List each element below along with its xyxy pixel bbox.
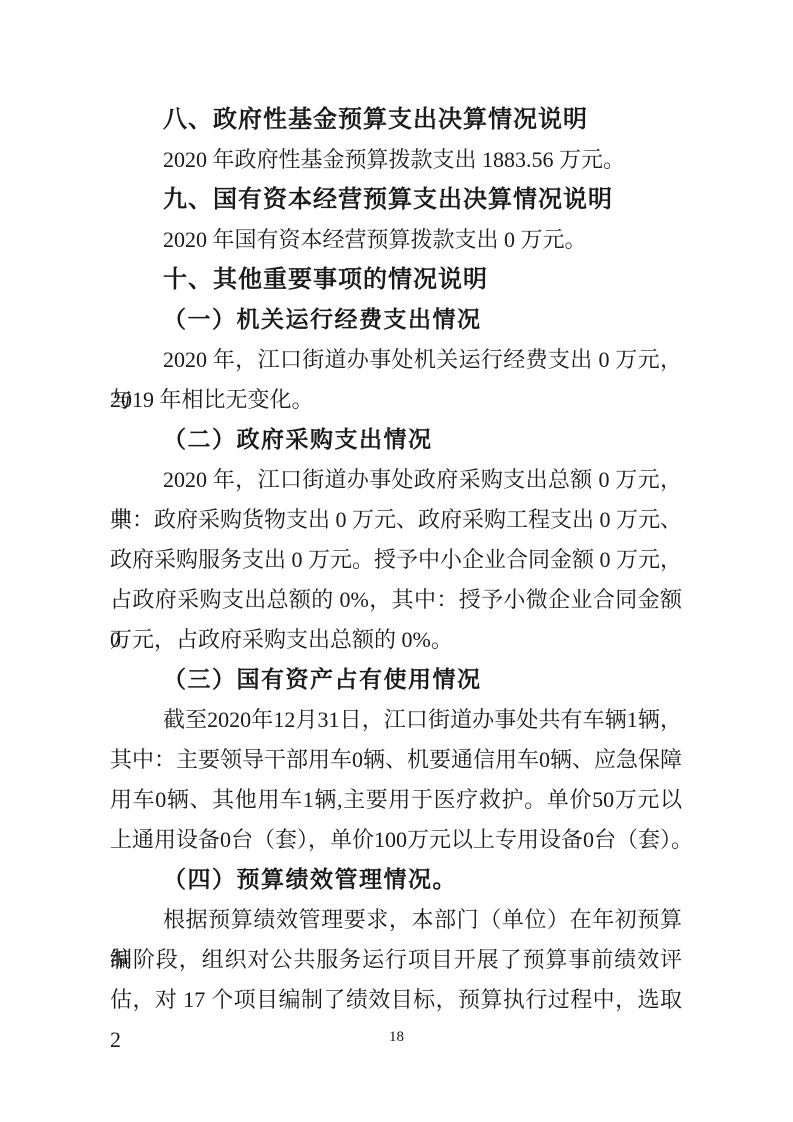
subsection-heading-1: （一）机关运行经费支出情况 — [110, 300, 682, 340]
paragraph-line: 万元，占政府采购支出总额的 0%。 — [110, 620, 682, 660]
section-heading-10: 十、其他重要事项的情况说明 — [110, 260, 682, 300]
paragraph-line: 用车0辆、其他用车1辆,主要用于医疗救护。单价50万元以 — [110, 780, 682, 820]
paragraph-line: 中：政府采购货物支出 0 万元、政府采购工程支出 0 万元、 — [110, 500, 682, 540]
section-heading-8: 八、政府性基金预算支出决算情况说明 — [110, 100, 682, 140]
subsection-heading-4: （四）预算绩效管理情况。 — [110, 860, 682, 900]
paragraph-line: 2020 年，江口街道办事处机关运行经费支出 0 万元，与 — [110, 340, 682, 380]
paragraph-line: 政府采购服务支出 0 万元。授予中小企业合同金额 0 万元， — [110, 540, 682, 580]
subsection-heading-2: （二）政府采购支出情况 — [110, 420, 682, 460]
paragraph-line: 截至2020年12月31日，江口街道办事处共有车辆1辆， — [110, 700, 682, 740]
paragraph-line: 2020 年，江口街道办事处政府采购支出总额 0 万元，其 — [110, 460, 682, 500]
document-body: 八、政府性基金预算支出决算情况说明 2020 年政府性基金预算拨款支出 1883… — [110, 100, 682, 1020]
paragraph-line: 估，对 17 个项目编制了绩效目标，预算执行过程中，选取 2 — [110, 980, 682, 1020]
paragraph-line: 2019 年相比无变化。 — [110, 380, 682, 420]
document-page: 八、政府性基金预算支出决算情况说明 2020 年政府性基金预算拨款支出 1883… — [0, 0, 793, 1122]
paragraph-line: 根据预算绩效管理要求，本部门（单位）在年初预算编 — [110, 900, 682, 940]
paragraph-line: 制阶段，组织对公共服务运行项目开展了预算事前绩效评 — [110, 940, 682, 980]
paragraph-line: 上通用设备0台（套），单价100万元以上专用设备0台（套）。 — [110, 820, 682, 860]
page-number: 18 — [0, 1022, 793, 1052]
paragraph-line: 2020 年国有资本经营预算拨款支出 0 万元。 — [110, 220, 682, 260]
paragraph-line: 占政府采购支出总额的 0%，其中：授予小微企业合同金额 0 — [110, 580, 682, 620]
section-heading-9: 九、国有资本经营预算支出决算情况说明 — [110, 180, 682, 220]
subsection-heading-3: （三）国有资产占有使用情况 — [110, 660, 682, 700]
paragraph-line: 其中：主要领导干部用车0辆、机要通信用车0辆、应急保障 — [110, 740, 682, 780]
paragraph-line: 2020 年政府性基金预算拨款支出 1883.56 万元。 — [110, 140, 682, 180]
